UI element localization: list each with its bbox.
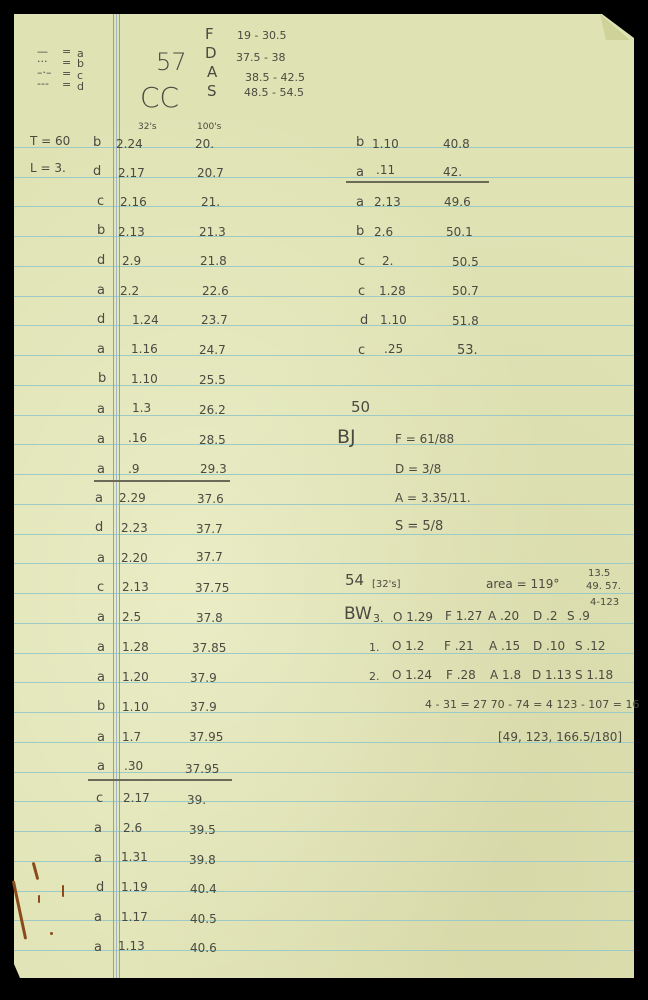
ruled-line xyxy=(14,385,634,386)
row-value-100s: 37.7 xyxy=(196,523,223,535)
row-value-32s: 1.10 xyxy=(372,138,399,150)
note-l: L = 3. xyxy=(30,162,66,174)
ruled-line xyxy=(14,682,634,683)
ruled-line xyxy=(14,325,634,326)
section-underline xyxy=(94,480,230,482)
row-type: c xyxy=(358,255,365,268)
ink-stain xyxy=(38,895,40,903)
row-type: b xyxy=(97,700,105,713)
row-type: d xyxy=(97,313,105,326)
legend-equals: = xyxy=(62,79,71,90)
ruled-line xyxy=(14,861,634,862)
bw-s-value: S 1.18 xyxy=(575,669,613,681)
row-value-100s: 51.8 xyxy=(452,315,479,327)
bw-f-value: F .28 xyxy=(446,669,476,681)
row-value-32s: .9 xyxy=(128,463,139,475)
ruled-line xyxy=(14,891,634,892)
row-value-32s: 2.6 xyxy=(374,226,393,238)
row-value-32s: 2.6 xyxy=(123,822,142,834)
row-type: b xyxy=(356,136,364,149)
row-type: c xyxy=(96,792,103,805)
row-type: a xyxy=(95,492,103,505)
row-value-100s: 53. xyxy=(457,344,478,357)
side-note: 49. 57. xyxy=(586,582,621,592)
bw-o-value: O 1.2 xyxy=(392,640,424,652)
row-value-32s: 1.7 xyxy=(122,731,141,743)
row-value-32s: 2.20 xyxy=(121,552,148,564)
row-type: c xyxy=(358,344,365,357)
row-type: a xyxy=(97,343,105,356)
row-type: a xyxy=(97,641,105,654)
ruled-line xyxy=(14,593,634,594)
row-value-32s: 2.13 xyxy=(118,226,145,238)
ruled-line xyxy=(14,474,634,475)
bj-line: S = 5/8 xyxy=(395,520,443,533)
row-value-100s: 23.7 xyxy=(201,314,228,326)
bw-d-value: D .10 xyxy=(533,640,565,652)
row-value-100s: 39. xyxy=(187,794,206,806)
row-value-100s: 39.5 xyxy=(189,824,216,836)
bj-line: A = 3.35/11. xyxy=(395,492,471,504)
row-value-100s: 50.7 xyxy=(452,285,479,297)
row-value-32s: 2. xyxy=(382,255,393,267)
column-header: 32's xyxy=(138,123,157,132)
row-type: a xyxy=(97,611,105,624)
side-note: 4-123 xyxy=(590,598,619,608)
row-value-32s: 2.24 xyxy=(116,138,143,150)
sample-code: CC xyxy=(140,84,179,112)
row-value-32s: 1.3 xyxy=(132,402,151,414)
legend-label: b xyxy=(77,58,84,69)
row-value-100s: 26.2 xyxy=(199,404,226,416)
bw-d-value: D 1.13 xyxy=(532,669,572,681)
row-value-32s: 1.17 xyxy=(121,911,148,923)
row-type: b xyxy=(98,372,106,385)
bw-area: area = 119° xyxy=(486,578,559,590)
row-value-100s: 49.6 xyxy=(444,196,471,208)
bw-unit: [32's] xyxy=(372,580,401,590)
row-type: d xyxy=(97,254,105,267)
row-value-100s: 40.4 xyxy=(190,883,217,895)
side-note: 13.5 xyxy=(588,569,610,579)
row-value-100s: 37.9 xyxy=(190,701,217,713)
row-value-100s: 20.7 xyxy=(197,167,224,179)
row-value-32s: .30 xyxy=(124,760,143,772)
bj-code: BJ xyxy=(337,428,356,447)
ruled-line xyxy=(14,296,634,297)
row-value-32s: 2.17 xyxy=(123,792,150,804)
ruled-line xyxy=(14,563,634,564)
ruled-line xyxy=(14,623,634,624)
row-value-100s: 37.95 xyxy=(189,731,223,743)
range-letter: A xyxy=(207,65,217,80)
note-t: T = 60 xyxy=(30,135,70,147)
row-type: c xyxy=(97,195,104,208)
row-value-100s: 37.8 xyxy=(196,612,223,624)
row-type: a xyxy=(356,196,364,209)
row-type: c xyxy=(97,581,104,594)
bw-f-value: F .21 xyxy=(444,640,474,652)
legend-label: d xyxy=(77,81,84,92)
margin-line xyxy=(113,14,114,978)
row-value-32s: 1.10 xyxy=(380,314,407,326)
ruled-line xyxy=(14,236,634,237)
ruled-line xyxy=(14,206,634,207)
row-type: a xyxy=(97,731,105,744)
row-type: a xyxy=(97,433,105,446)
row-type: c xyxy=(358,285,365,298)
row-value-100s: 50.1 xyxy=(446,226,473,238)
bw-a-value: A .15 xyxy=(489,640,520,652)
row-type: a xyxy=(97,403,105,416)
bw-o-value: O 1.29 xyxy=(393,611,433,623)
row-value-100s: 28.5 xyxy=(199,434,226,446)
row-value-32s: 1.16 xyxy=(131,343,158,355)
row-type: a xyxy=(97,552,105,565)
column-header: 100's xyxy=(197,123,221,132)
ruled-line xyxy=(14,444,634,445)
row-value-32s: 1.19 xyxy=(121,881,148,893)
section-underline xyxy=(346,181,489,183)
ink-stain xyxy=(50,932,53,935)
row-value-32s: 2.13 xyxy=(374,196,401,208)
row-value-32s: 1.10 xyxy=(122,701,149,713)
row-value-32s: 2.29 xyxy=(119,492,146,504)
row-value-100s: 37.75 xyxy=(195,582,229,594)
row-value-100s: 20. xyxy=(195,138,214,150)
row-value-100s: 24.7 xyxy=(199,344,226,356)
row-value-32s: .11 xyxy=(376,164,395,176)
range-value: 38.5 - 42.5 xyxy=(245,72,305,83)
row-value-100s: 37.85 xyxy=(192,642,226,654)
bw-calculation: 4 - 31 = 27 70 - 74 = 4 123 - 107 = 16 xyxy=(425,699,639,710)
row-value-100s: 25.5 xyxy=(199,374,226,386)
bw-row-number: 2. xyxy=(369,671,380,682)
row-value-100s: 37.6 xyxy=(197,493,224,505)
row-value-32s: 2.16 xyxy=(120,196,147,208)
row-type: a xyxy=(94,941,102,954)
ruled-line xyxy=(14,653,634,654)
bj-line: D = 3/8 xyxy=(395,463,441,475)
bj-line: F = 61/88 xyxy=(395,433,454,445)
bw-a-value: A .20 xyxy=(488,610,519,622)
range-value: 19 - 30.5 xyxy=(237,30,286,41)
range-letter: S xyxy=(207,84,217,99)
bw-code: BW xyxy=(344,606,372,623)
row-value-100s: 21.3 xyxy=(199,226,226,238)
row-value-100s: 40.6 xyxy=(190,942,217,954)
row-value-32s: 1.10 xyxy=(131,373,158,385)
row-value-32s: 2.23 xyxy=(121,522,148,534)
bw-row-number: 1. xyxy=(369,642,380,653)
row-value-32s: 1.28 xyxy=(122,641,149,653)
range-letter: F xyxy=(205,27,214,42)
ruled-line xyxy=(14,177,634,178)
bj-number: 50 xyxy=(351,400,370,415)
row-value-100s: 37.7 xyxy=(196,551,223,563)
row-type: b xyxy=(97,224,105,237)
row-value-32s: .25 xyxy=(384,343,403,355)
section-underline xyxy=(88,779,232,781)
bw-d-value: D .2 xyxy=(533,610,558,622)
row-value-100s: 39.8 xyxy=(189,854,216,866)
row-type: d xyxy=(95,521,103,534)
row-value-32s: 2.13 xyxy=(122,581,149,593)
row-type: b xyxy=(356,225,364,238)
row-value-100s: 37.95 xyxy=(185,763,219,775)
row-value-32s: 1.20 xyxy=(122,671,149,683)
bw-row-number: 3. xyxy=(373,613,384,624)
row-type: d xyxy=(93,165,101,178)
row-value-32s: 2.17 xyxy=(118,167,145,179)
range-value: 37.5 - 38 xyxy=(236,52,285,63)
ruled-line xyxy=(14,266,634,267)
row-value-100s: 40.5 xyxy=(190,913,217,925)
row-type: a xyxy=(94,911,102,924)
row-value-32s: 2.2 xyxy=(120,285,139,297)
row-type: a xyxy=(94,822,102,835)
margin-line xyxy=(116,14,117,978)
row-value-32s: 1.28 xyxy=(379,285,406,297)
row-value-100s: 29.3 xyxy=(200,463,227,475)
row-value-100s: 50.5 xyxy=(452,256,479,268)
ruled-line xyxy=(14,712,634,713)
ink-stain xyxy=(62,885,64,897)
row-type: a xyxy=(97,760,105,773)
range-value: 48.5 - 54.5 xyxy=(244,87,304,98)
bw-s-value: S .12 xyxy=(575,640,606,652)
row-type: a xyxy=(97,463,105,476)
sample-number: 57 xyxy=(156,50,187,74)
row-value-100s: 40.8 xyxy=(443,138,470,150)
row-value-100s: 37.9 xyxy=(190,672,217,684)
row-value-32s: 1.24 xyxy=(132,314,159,326)
bw-s-value: S .9 xyxy=(567,610,590,622)
row-value-32s: .16 xyxy=(128,432,147,444)
row-value-100s: 21.8 xyxy=(200,255,227,267)
row-type: a xyxy=(97,284,105,297)
row-value-100s: 22.6 xyxy=(202,285,229,297)
row-value-32s: 1.31 xyxy=(121,851,148,863)
notepad-page xyxy=(14,14,634,978)
legend-symbol: --- xyxy=(37,78,49,89)
range-letter: D xyxy=(205,46,217,61)
row-value-100s: 21. xyxy=(201,196,220,208)
ruled-line xyxy=(14,147,634,148)
ruled-line xyxy=(14,355,634,356)
row-type: a xyxy=(356,166,364,179)
row-type: a xyxy=(94,852,102,865)
bw-bracket-summary: [49, 123, 166.5/180] xyxy=(498,731,622,743)
ruled-line xyxy=(14,504,634,505)
row-value-32s: 2.5 xyxy=(122,611,141,623)
bw-a-value: A 1.8 xyxy=(490,669,521,681)
row-type: b xyxy=(93,136,101,149)
row-type: d xyxy=(96,881,104,894)
row-value-100s: 42. xyxy=(443,166,462,178)
ruled-line xyxy=(14,772,634,773)
row-type: d xyxy=(360,314,368,327)
ruled-line xyxy=(14,415,634,416)
row-type: a xyxy=(97,671,105,684)
ruled-line xyxy=(14,801,634,802)
row-value-32s: 2.9 xyxy=(122,255,141,267)
ruled-line xyxy=(14,950,634,951)
row-value-32s: 1.13 xyxy=(118,940,145,952)
bw-number: 54 xyxy=(345,573,364,588)
ruled-line xyxy=(14,920,634,921)
ruled-line xyxy=(14,831,634,832)
bw-f-value: F 1.27 xyxy=(445,610,482,622)
bw-o-value: O 1.24 xyxy=(392,669,432,681)
ruled-line xyxy=(14,534,634,535)
